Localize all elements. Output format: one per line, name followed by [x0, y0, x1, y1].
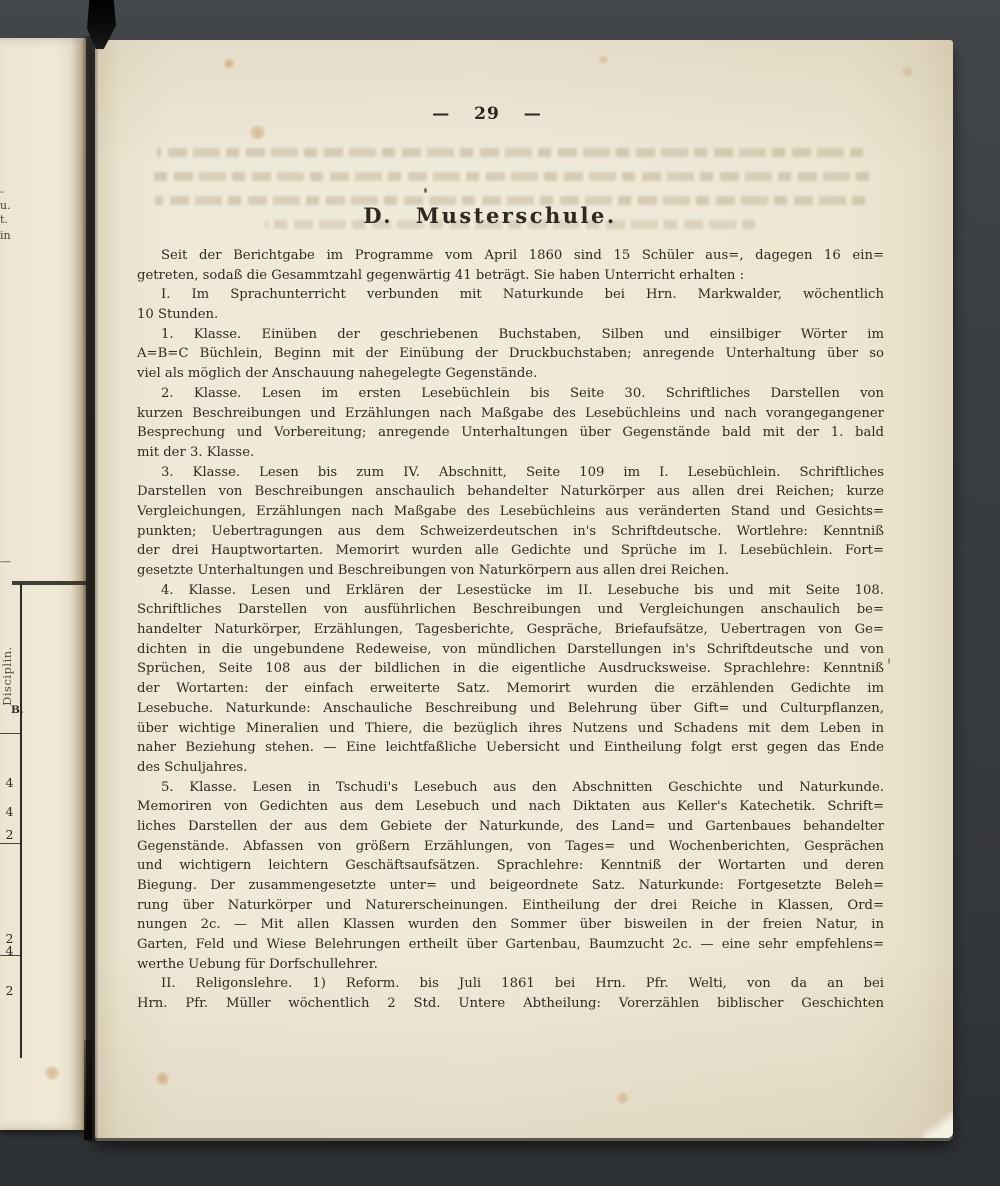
- section-heading: D. Musterschule.: [137, 203, 843, 228]
- text-line: und wichtigern leichtern Geschäftsaufsät…: [137, 856, 884, 876]
- text-line: naher Beziehung stehen. — Eine leichtfaß…: [137, 738, 884, 758]
- text-line: Memoriren von Gedichten aus dem Lesebuch…: [137, 797, 884, 817]
- document-page: — 29 — D. Musterschule. Seit der Bericht…: [95, 40, 953, 1138]
- ink-speck: [888, 658, 890, 664]
- facing-text-fragment: u.: [0, 199, 12, 212]
- page-number: — 29 —: [137, 104, 837, 124]
- body-text: Seit der Berichtgabe im Programme vom Ap…: [137, 246, 884, 1014]
- text-line: punkten; Uebertragungen aus dem Schweize…: [137, 522, 884, 542]
- text-line: nungen 2c. — Mit allen Klassen wurden de…: [137, 915, 884, 935]
- text-line: der drei Hauptwortarten. Memorirt wurden…: [137, 541, 884, 561]
- facing-table-cell: 4: [2, 943, 17, 958]
- text-line: rung über Naturkörper und Naturerscheinu…: [137, 896, 884, 916]
- text-line: Gegenstände. Abfassen von größern Erzähl…: [137, 837, 884, 857]
- facing-text-fragment: in: [0, 229, 12, 242]
- corner-fold: [922, 1100, 953, 1138]
- text-line: mit der 3. Klasse.: [137, 443, 884, 463]
- text-line: Seit der Berichtgabe im Programme vom Ap…: [137, 246, 884, 266]
- text-line: 1. Klasse. Einüben der geschriebenen Buc…: [137, 325, 884, 345]
- text-line: Garten, Feld und Wiese Belehrungen erthe…: [137, 935, 884, 955]
- text-line: Schriftliches Darstellen von ausführlich…: [137, 600, 884, 620]
- text-line: II. Religonslehre. 1) Reform. bis Juli 1…: [137, 974, 884, 994]
- text-line: dichten in die ungebundene Redeweise, vo…: [137, 640, 884, 660]
- text-line: I. Im Sprachunterricht verbunden mit Nat…: [137, 285, 884, 305]
- text-line: 2. Klasse. Lesen im ersten Lesebüchlein …: [137, 384, 884, 404]
- foxing-spot: [44, 1066, 60, 1080]
- facing-table-vertical-rule: [20, 583, 22, 1058]
- foxing-spot: [901, 66, 914, 77]
- text-line: viel als möglich der Anschauung nahegele…: [137, 364, 884, 384]
- book-scan: Disciplin. B. 442242 -u.t.in— — 29 — D. …: [0, 0, 1000, 1186]
- facing-text-fragment: -: [0, 185, 12, 198]
- foxing-spot: [249, 125, 266, 140]
- text-line: handelter Naturkörper, Erzählungen, Tage…: [137, 620, 884, 640]
- text-line: Sprüchen, Seite 108 aus der bildlichen i…: [137, 659, 884, 679]
- text-line: über wichtige Mineralien und Thiere, die…: [137, 719, 884, 739]
- facing-text-fragment: t.: [0, 213, 12, 226]
- facing-table-cell: 4: [2, 804, 17, 819]
- foxing-spot: [223, 58, 235, 69]
- text-line: 10 Stunden.: [137, 305, 884, 325]
- text-line: des Schuljahres.: [137, 758, 884, 778]
- facing-table-rule: [0, 733, 20, 734]
- foxing-spot: [598, 55, 609, 64]
- facing-table-column-header: B.: [11, 704, 24, 716]
- text-line: der Wortarten: der einfach erweiterte Sa…: [137, 679, 884, 699]
- foxing-spot: [616, 1092, 629, 1104]
- foxing-spot: [155, 1072, 170, 1085]
- text-line: getreten, sodaß die Gesammtzahl gegenwär…: [137, 266, 884, 286]
- text-line: Hrn. Pfr. Müller wöchentlich 2 Std. Unte…: [137, 994, 884, 1014]
- text-line: Biegung. Der zusammengesetzte unter= und…: [137, 876, 884, 896]
- text-line: Besprechung und Vorbereitung; anregende …: [137, 423, 884, 443]
- text-line: A=B=C Büchlein, Beginn mit der Einübung …: [137, 344, 884, 364]
- facing-table-rule: [0, 843, 20, 844]
- text-line: Lesebuche. Naturkunde: Anschauliche Besc…: [137, 699, 884, 719]
- facing-table-cell: 4: [2, 775, 17, 790]
- text-line: kurzen Beschreibungen und Erzählungen na…: [137, 404, 884, 424]
- text-line: 4. Klasse. Lesen und Erklären der Lesest…: [137, 581, 884, 601]
- facing-text-fragment: —: [0, 555, 12, 568]
- gutter-shadow-bottom: [84, 1040, 92, 1140]
- facing-table-cell: 2: [2, 827, 17, 842]
- text-line: Vergleichungen, Erzählungen nach Maßgabe…: [137, 502, 884, 522]
- text-line: 5. Klasse. Lesen in Tschudi's Lesebuch a…: [137, 778, 884, 798]
- facing-table-top-rule: [12, 581, 86, 585]
- text-line: werthe Uebung für Dorfschullehrer.: [137, 955, 884, 975]
- text-line: 3. Klasse. Lesen bis zum IV. Abschnitt, …: [137, 463, 884, 483]
- text-line: liches Darstellen der aus dem Gebiete de…: [137, 817, 884, 837]
- facing-table-cell: 2: [2, 983, 17, 998]
- text-line: Darstellen von Beschreibungen anschaulic…: [137, 482, 884, 502]
- gutter-shadow: [82, 36, 98, 1142]
- facing-page-edge: Disciplin. B. 442242 -u.t.in—: [0, 38, 86, 1130]
- text-line: gesetzte Unterhaltungen und Beschreibung…: [137, 561, 884, 581]
